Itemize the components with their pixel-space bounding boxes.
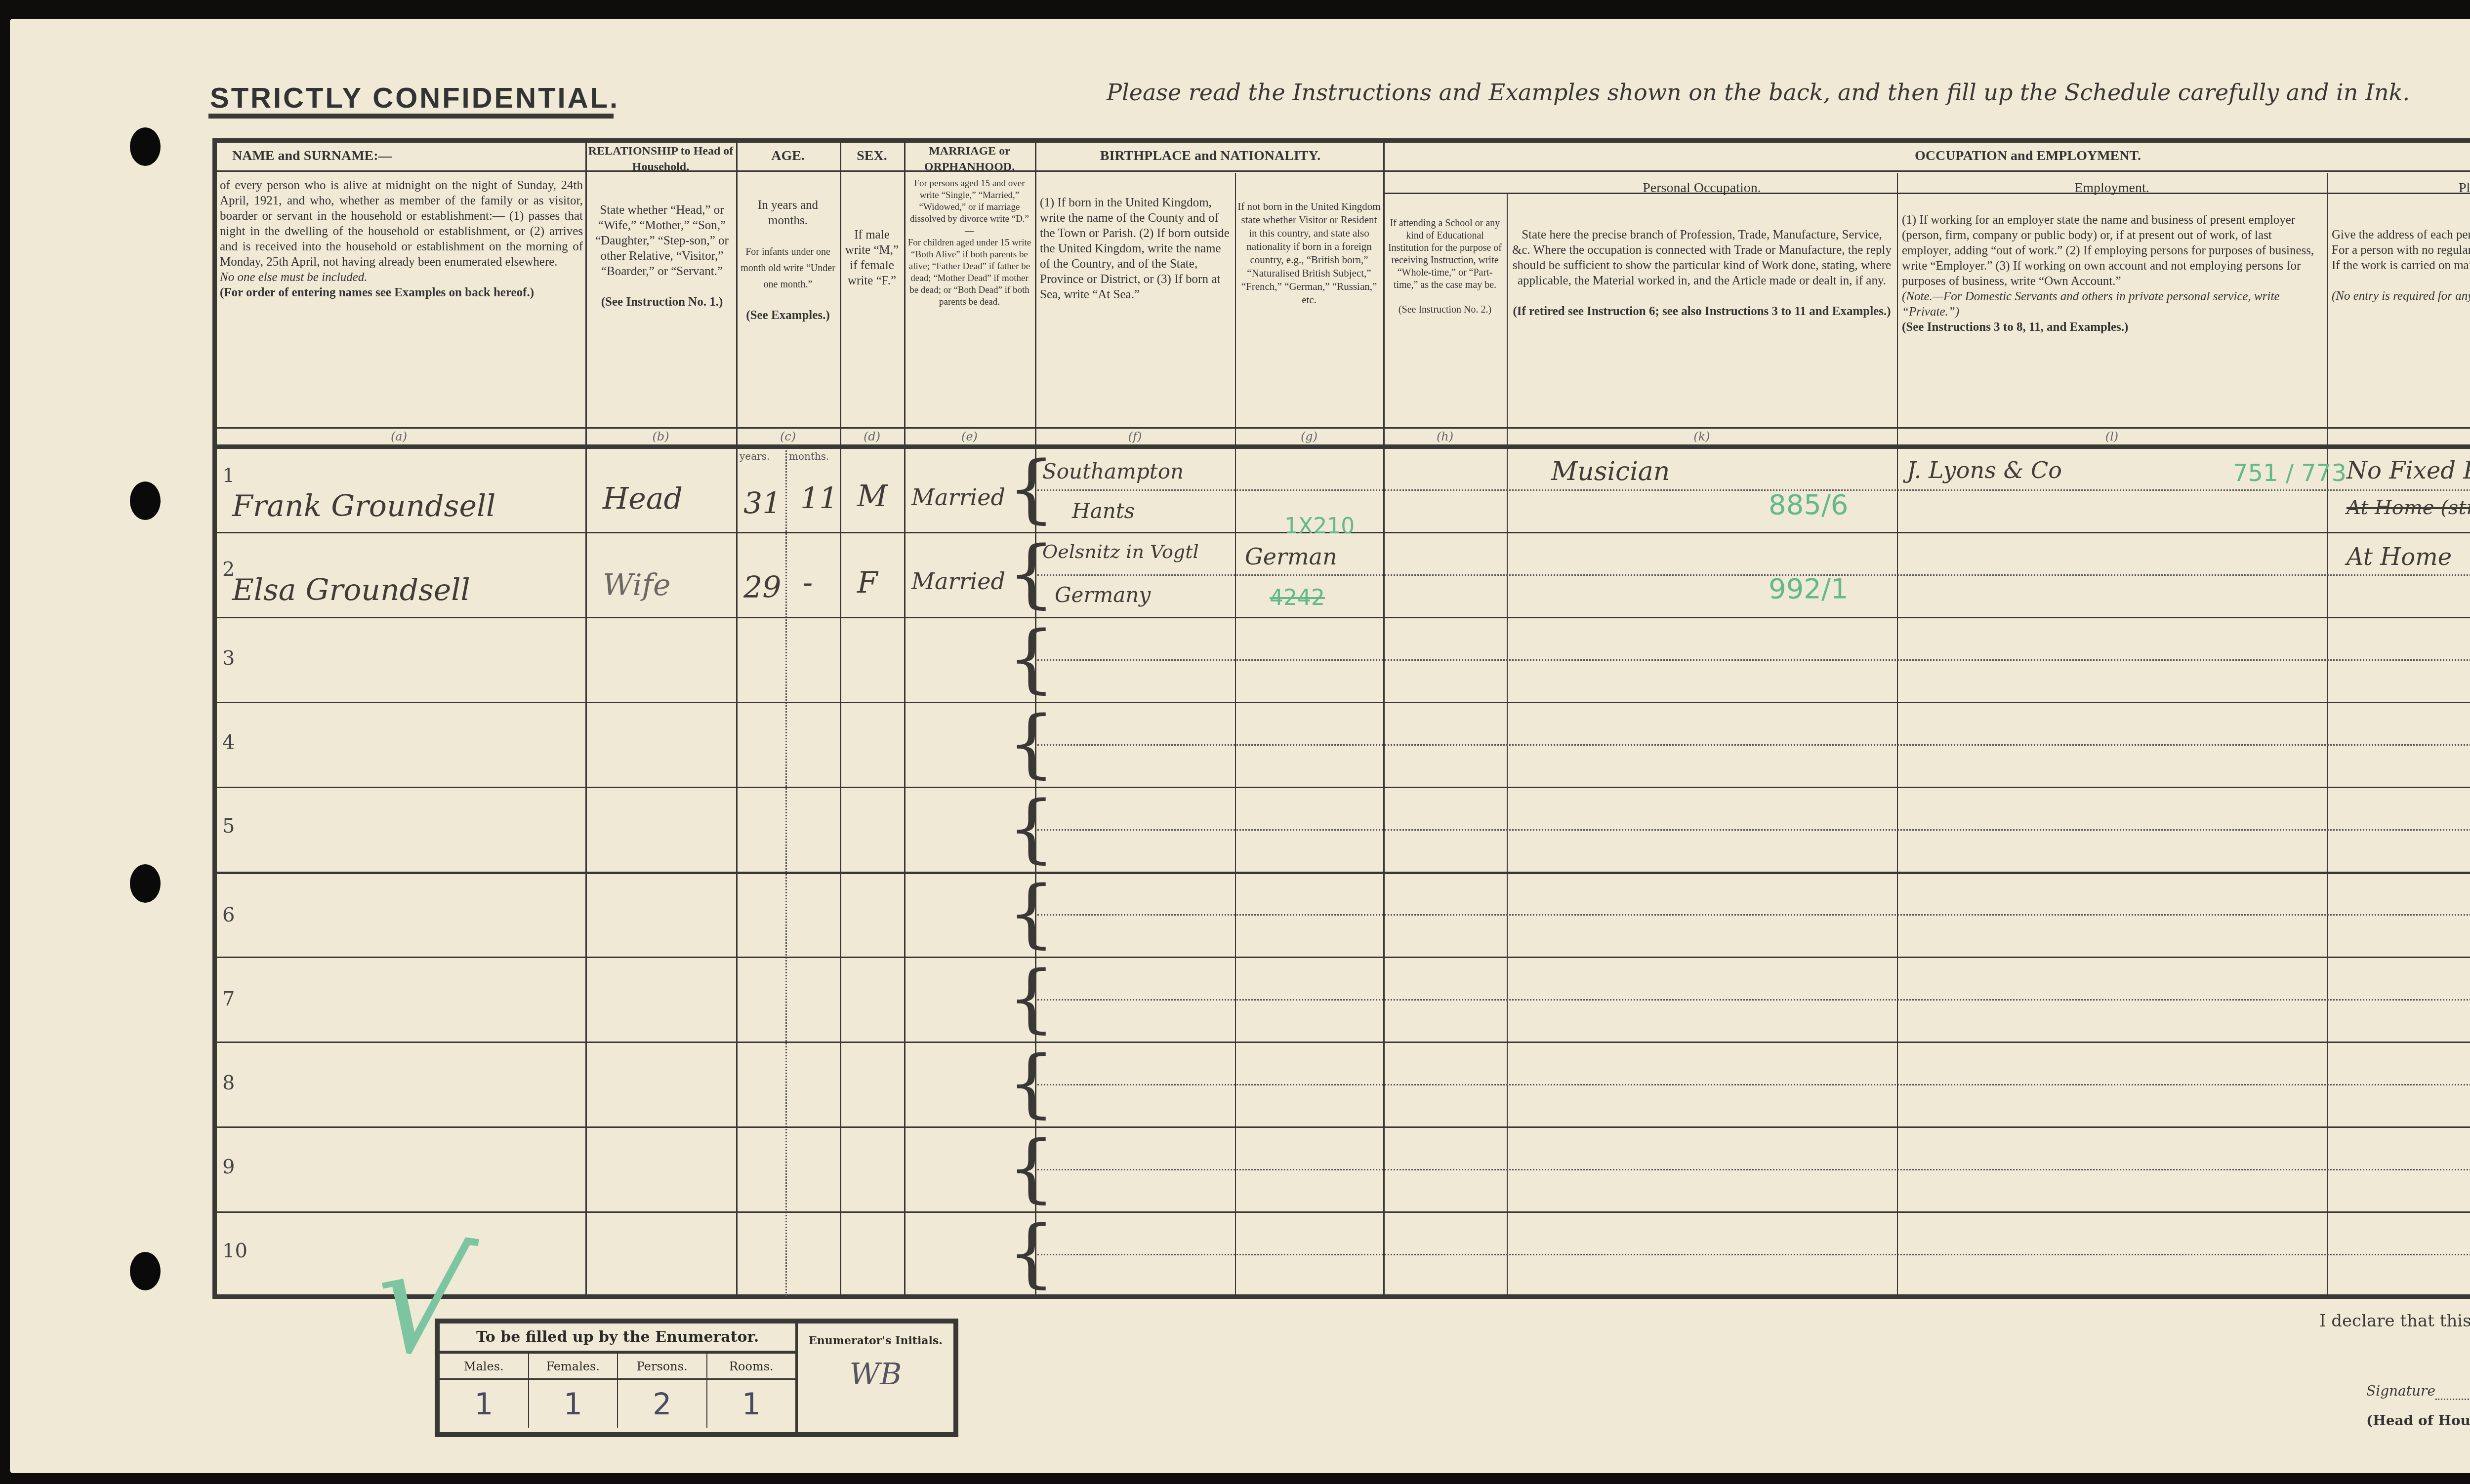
row-midline	[1037, 914, 2470, 916]
row-brace: {	[1008, 1216, 1055, 1290]
row1-name[interactable]: Frank Groundsell	[232, 489, 495, 523]
col-d-desc: If male write “M,” if female write “F.”	[842, 227, 902, 288]
col-a-letter: (a)	[212, 430, 585, 443]
row2-sex[interactable]: F	[857, 565, 878, 600]
row2-relationship[interactable]: Wife	[603, 568, 671, 602]
row-divider	[215, 872, 2470, 874]
col-d-letter: (d)	[840, 430, 904, 443]
col-divider	[736, 141, 738, 1296]
row-number: 1	[222, 464, 235, 487]
row1-occupation-code: 885/6	[1769, 489, 1848, 521]
row1-birthplace-2[interactable]: Hants	[1072, 499, 1135, 523]
row-divider	[215, 1042, 2470, 1043]
col-l-title: Employment.	[1897, 180, 2327, 196]
col-k-title: Personal Occupation.	[1507, 180, 1897, 196]
row-midline	[1037, 1169, 2470, 1170]
rooms-label: Rooms.	[707, 1354, 796, 1380]
enumerator-totals-box: To be filled up by the Enumerator. Males…	[435, 1319, 958, 1437]
col-e-letter: (e)	[904, 430, 1035, 443]
females-value[interactable]: 1	[529, 1380, 617, 1429]
row2-age-months[interactable]: -	[803, 565, 813, 600]
row-midline	[1037, 489, 2470, 491]
row-number: 3	[222, 647, 235, 670]
enumerator-initials-label: Enumerator's Initials.	[798, 1324, 953, 1347]
col-f-letter: (f)	[1035, 430, 1235, 443]
row-number: 9	[222, 1156, 235, 1178]
col-occ-title: OCCUPATION and EMPLOYMENT.	[1383, 148, 2470, 164]
punch-hole	[130, 127, 161, 166]
col-c-desc: In years and months. For infants under o…	[739, 198, 837, 323]
row-midline	[1037, 999, 2470, 1001]
row2-nationality-code-bottom: 4242	[1270, 585, 1325, 610]
signature-line	[2435, 1399, 2470, 1400]
row2-nationality-code-top: 1X210	[1284, 514, 1355, 539]
row-brace: {	[1008, 1131, 1055, 1205]
persons-label: Persons.	[618, 1354, 706, 1380]
confidential-title: STRICTLY CONFIDENTIAL.	[210, 81, 619, 115]
declaration-text: I declare that this Schedule is correctl…	[2319, 1311, 2470, 1331]
instructions-line: Please read the Instructions and Example…	[1107, 79, 2410, 106]
row1-workplace-1[interactable]: No Fixed Place	[2346, 457, 2470, 484]
age-months-label: months.	[789, 450, 829, 462]
row1-age-years[interactable]: 31	[743, 486, 781, 521]
row2-age-years[interactable]: 29	[743, 570, 781, 605]
row-brace: {	[1008, 962, 1055, 1036]
row2-birthplace-2[interactable]: Germany	[1055, 583, 1151, 607]
col-b-letter: (b)	[585, 430, 736, 443]
col-divider	[840, 141, 841, 1296]
col-h-letter: (h)	[1383, 430, 1507, 443]
row-divider	[215, 702, 2470, 703]
row-midline	[1037, 829, 2470, 831]
col-g-desc: If not born in the United Kingdom state …	[1237, 200, 1381, 307]
header-bottom-border	[215, 444, 2470, 449]
col-g-letter: (g)	[1235, 430, 1383, 443]
enumerator-totals-header: To be filled up by the Enumerator.	[440, 1324, 795, 1354]
header-divider	[215, 427, 2470, 429]
row-number: 4	[222, 731, 235, 754]
row-number: 7	[222, 988, 235, 1010]
rooms-value[interactable]: 1	[707, 1380, 796, 1429]
punch-hole	[130, 481, 161, 520]
row-divider	[215, 1126, 2470, 1128]
row-divider	[215, 617, 2470, 618]
row-number: 10	[222, 1240, 247, 1262]
row-divider	[215, 787, 2470, 788]
col-m-letter: (m)	[2327, 430, 2470, 443]
signature-label: Signature	[2366, 1383, 2435, 1399]
row-midline	[1037, 1254, 2470, 1255]
row1-marriage[interactable]: Married	[911, 484, 1005, 511]
col-fg-title: BIRTHPLACE and NATIONALITY.	[1037, 148, 1383, 164]
row1-occupation[interactable]: Musician	[1551, 457, 1670, 486]
row-number: 6	[222, 904, 235, 926]
col-k-desc: State here the precise branch of Profess…	[1512, 227, 1892, 319]
row2-marriage[interactable]: Married	[911, 568, 1005, 595]
row1-sex[interactable]: M	[857, 479, 887, 514]
col-m-title: Place of Work.	[2327, 180, 2470, 196]
col-l-desc: (1) If working for an employer state the…	[1902, 212, 2322, 335]
row-brace: {	[1008, 622, 1055, 696]
row-brace: {	[1008, 1046, 1055, 1121]
age-years-label: years.	[740, 450, 770, 462]
col-a-desc: of every person who is alive at midnight…	[220, 178, 583, 300]
punch-hole	[130, 864, 161, 903]
row-divider	[215, 957, 2470, 958]
row2-name[interactable]: Elsa Groundsell	[232, 573, 470, 607]
row1-birthplace-1[interactable]: Southampton	[1042, 459, 1184, 483]
col-f-desc: (1) If born in the United Kingdom, write…	[1040, 195, 1233, 302]
col-a-title: NAME and SURNAME:—	[232, 148, 479, 164]
row2-occupation-code: 992/1	[1769, 573, 1848, 605]
col-b-desc: State whether “Head,” or “Wife,” “Mother…	[590, 202, 734, 310]
col-e-desc: For persons aged 15 and over write “Sing…	[906, 178, 1032, 308]
col-divider	[585, 141, 587, 1296]
row-brace: {	[1008, 792, 1055, 866]
row-midline	[1037, 744, 2470, 746]
row2-nationality[interactable]: German	[1245, 543, 1337, 570]
signature-note: (Head of Household, Manager of Establish…	[2366, 1412, 2470, 1429]
row1-age-months[interactable]: 11	[800, 481, 838, 516]
persons-value[interactable]: 2	[618, 1380, 706, 1429]
col-d-title: SEX.	[842, 148, 902, 164]
col-h-desc: If attending a School or any kind of Edu…	[1386, 217, 1504, 316]
row2-workplace-1[interactable]: At Home	[2346, 543, 2452, 571]
row1-employment-code: 751 / 773	[2233, 459, 2346, 487]
header-divider	[215, 170, 2470, 172]
row-number: 5	[222, 815, 235, 838]
col-c-letter: (c)	[736, 430, 840, 443]
row-number: 8	[222, 1072, 235, 1094]
row-midline	[1037, 659, 2470, 661]
row2-birthplace-1[interactable]: Oelsnitz in Vogtl	[1042, 541, 1199, 562]
col-m-desc: Give the address of each person's place …	[2332, 227, 2470, 304]
title-underline	[208, 114, 614, 119]
row-brace: {	[1008, 707, 1055, 781]
enumerator-initials-value[interactable]: WB	[798, 1347, 953, 1392]
females-label: Females.	[529, 1354, 617, 1380]
row1-workplace-2[interactable]: At Home (struck through)	[2346, 496, 2470, 519]
row1-relationship[interactable]: Head	[603, 481, 683, 516]
row-divider	[215, 1211, 2470, 1213]
row-midline	[1037, 574, 2470, 576]
row1-employment[interactable]: J. Lyons & Co	[1907, 457, 2062, 483]
col-e-title: MARRIAGE or ORPHANHOOD.	[906, 143, 1032, 175]
col-divider	[1383, 141, 1385, 1296]
col-k-letter: (k)	[1507, 430, 1897, 443]
row-midline	[1037, 1084, 2470, 1085]
col-b-title: RELATIONSHIP to Head of Household.	[588, 143, 734, 175]
col-divider	[904, 141, 906, 1296]
col-c-title: AGE.	[739, 148, 837, 164]
col-l-letter: (l)	[1897, 430, 2327, 443]
punch-hole	[130, 1252, 161, 1290]
row-brace: {	[1008, 877, 1055, 951]
